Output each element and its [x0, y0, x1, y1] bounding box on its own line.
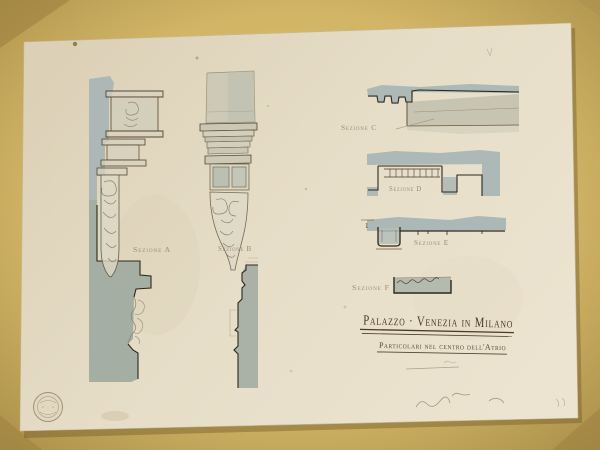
drawing-canvas: Sezione A Sezione B Se [0, 0, 600, 450]
section-a-label: Sezione A [133, 245, 171, 254]
foxing-spot [344, 306, 347, 309]
foxing-spot [305, 188, 307, 190]
foxing-spot [290, 370, 293, 373]
section-d-label: Sezione D [389, 184, 422, 193]
detail-number: 1 [365, 222, 369, 230]
foxing-spot [267, 105, 269, 107]
drawing-title: Palazzo · Venezia in Milano [363, 313, 513, 331]
section-b-label: Sezione B [218, 244, 252, 253]
section-f-label: Sezione F [352, 283, 390, 292]
section-c-label: Sezione C [341, 123, 377, 132]
section-e-label: Sezione E [414, 238, 449, 247]
smudge [101, 411, 129, 421]
foxing-spot [196, 57, 199, 60]
scanned-drawing-photo: Sezione A Sezione B Se [0, 0, 600, 450]
foxing-spot [73, 42, 77, 46]
archive-stamp [34, 393, 63, 422]
